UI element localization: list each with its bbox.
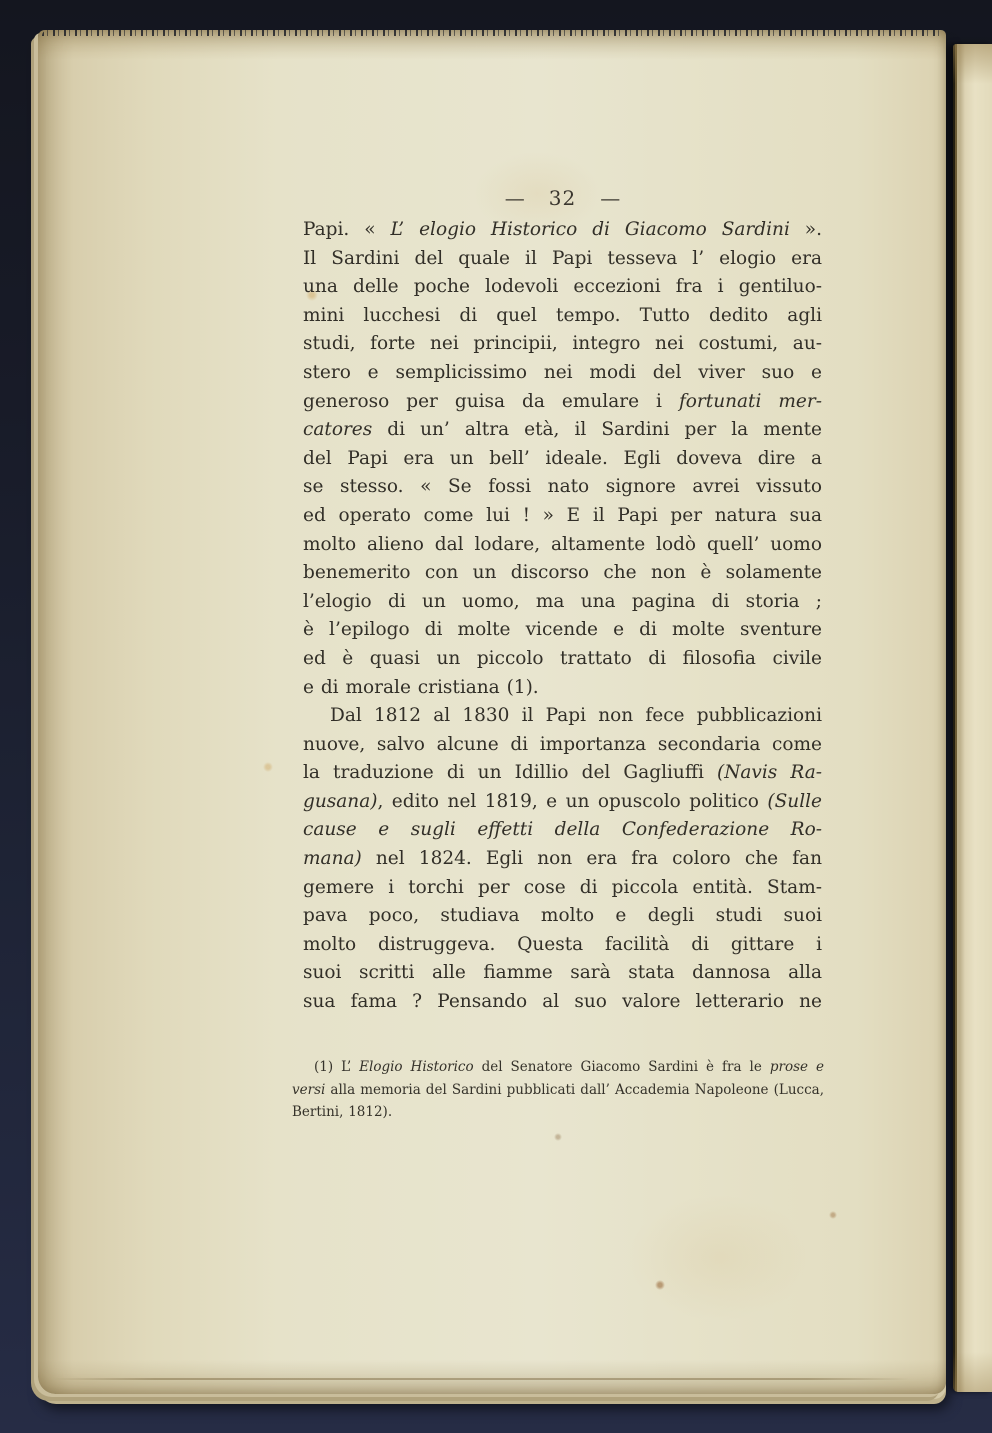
text-segment: è l’epilogo di molte vicende e di molte … — [303, 619, 822, 640]
scan-background: { "colors": { "bg-top": "#14161f", "bg-b… — [0, 0, 992, 1433]
text-segment: alla memoria del Sardini pubblicati dall… — [325, 1082, 824, 1098]
text-line: ed operato come lui ! » E il Papi per na… — [303, 502, 822, 531]
text-segment: ed operato come lui ! » E il Papi per na… — [303, 505, 822, 526]
text-line: stero e semplicissimo nei modi del viver… — [303, 359, 822, 388]
text-line: gusana), edito nel 1819, e un opuscolo p… — [303, 788, 822, 817]
text-segment-italic: (Sulle — [767, 791, 822, 812]
page-number: — 32 — — [303, 186, 822, 210]
text-segment: nuove, salvo alcune di importanza second… — [303, 734, 822, 755]
text-line: una delle poche lodevoli eccezioni fra i… — [303, 273, 822, 302]
text-segment: benemerito con un discorso che non è sol… — [303, 562, 822, 583]
text-segment: ». — [790, 219, 822, 240]
text-line: e di morale cristiana (1). — [303, 674, 822, 703]
text-line: catores di un’ altra età, il Sardini per… — [303, 416, 822, 445]
page-number-dash-right: — — [600, 186, 620, 210]
text-line: Il Sardini del quale il Papi tesseva l’ … — [303, 245, 822, 274]
text-segment: suoi scritti alle fiamme sarà stata dann… — [303, 962, 822, 983]
text-segment: e di morale cristiana (1). — [303, 677, 539, 698]
text-segment: stero e semplicissimo nei modi del viver… — [303, 362, 822, 383]
text-segment-italic: fortunati mer- — [679, 391, 822, 412]
text-segment: Dal 1812 al 1830 il Papi non fece pubbli… — [330, 705, 822, 726]
text-line: gemere i torchi per cose di piccola enti… — [303, 874, 822, 903]
text-line: pava poco, studiava molto e degli studi … — [303, 902, 822, 931]
page-text-column: — 32 — Papi. « L’ elogio Historico di Gi… — [303, 186, 822, 1017]
text-line: nuove, salvo alcune di importanza second… — [303, 731, 822, 760]
text-segment: generoso per guisa da emulare i — [303, 391, 679, 412]
text-segment: Bertini, 1812). — [292, 1104, 392, 1120]
next-page-edge — [953, 44, 992, 1392]
text-line: la traduzione di un Idillio del Gagliuff… — [303, 759, 822, 788]
text-segment-italic: cause e sugli effetti della Confederazio… — [303, 819, 822, 840]
text-segment-italic: mana) — [303, 848, 362, 869]
page-deckle-edge — [42, 30, 942, 36]
text-line: molto distruggeva. Questa facilità di gi… — [303, 931, 822, 960]
text-segment: , edito nel 1819, e un opuscolo politico — [377, 791, 767, 812]
text-segment-italic: prose e — [770, 1059, 824, 1075]
text-segment: molto alieno dal lodare, altamente lodò … — [303, 534, 822, 555]
text-segment: una delle poche lodevoli eccezioni fra i… — [303, 276, 822, 297]
text-segment-italic: (Navis Ra- — [717, 762, 822, 783]
text-segment: Il Sardini del quale il Papi tesseva l’ … — [303, 248, 822, 269]
text-segment: molto distruggeva. Questa facilità di gi… — [303, 934, 822, 955]
text-line: se stesso. « Se fossi nato signore avrei… — [303, 473, 822, 502]
book-page: — 32 — Papi. « L’ elogio Historico di Gi… — [38, 30, 946, 1394]
text-line: cause e sugli effetti della Confederazio… — [303, 816, 822, 845]
text-line: studi, forte nei principii, integro nei … — [303, 330, 822, 359]
text-line: ed è quasi un piccolo trattato di filoso… — [303, 645, 822, 674]
text-line: molto alieno dal lodare, altamente lodò … — [303, 531, 822, 560]
text-segment: pava poco, studiava molto e degli studi … — [303, 905, 822, 926]
text-line: suoi scritti alle fiamme sarà stata dann… — [303, 959, 822, 988]
text-line: Dal 1812 al 1830 il Papi non fece pubbli… — [303, 702, 822, 731]
text-line: mini lucchesi di quel tempo. Tutto dedit… — [303, 302, 822, 331]
text-segment: mini lucchesi di quel tempo. Tutto dedit… — [303, 305, 822, 326]
text-segment: sua fama ? Pensando al suo valore letter… — [303, 991, 822, 1012]
text-line: sua fama ? Pensando al suo valore letter… — [303, 988, 822, 1017]
text-segment: la traduzione di un Idillio del Gagliuff… — [303, 762, 717, 783]
page-number-dash-left: — — [505, 186, 525, 210]
page-bottom-crease — [52, 1378, 910, 1380]
text-line: generoso per guisa da emulare i fortunat… — [303, 388, 822, 417]
text-line: benemerito con un discorso che non è sol… — [303, 559, 822, 588]
text-line: Papi. « L’ elogio Historico di Giacomo S… — [303, 216, 822, 245]
text-segment: del Papi era un bell’ ideale. Egli dovev… — [303, 448, 822, 469]
text-segment: ed è quasi un piccolo trattato di filoso… — [303, 648, 822, 669]
text-line: versi alla memoria del Sardini pubblicat… — [292, 1079, 824, 1102]
text-line: del Papi era un bell’ ideale. Egli dovev… — [303, 445, 822, 474]
body-text: Papi. « L’ elogio Historico di Giacomo S… — [303, 216, 822, 1017]
text-line: (1) L’ Elogio Historico del Senatore Gia… — [292, 1056, 824, 1079]
text-segment: di un’ altra età, il Sardini per la ment… — [372, 419, 822, 440]
text-segment: gemere i torchi per cose di piccola enti… — [303, 877, 822, 898]
text-segment: se stesso. « Se fossi nato signore avrei… — [303, 476, 822, 497]
text-line: mana) nel 1824. Egli non era fra coloro … — [303, 845, 822, 874]
text-segment: studi, forte nei principii, integro nei … — [303, 333, 822, 354]
text-line: Bertini, 1812). — [292, 1101, 824, 1124]
text-line: è l’epilogo di molte vicende e di molte … — [303, 616, 822, 645]
text-segment: (1) L’ — [314, 1059, 359, 1075]
text-segment-italic: versi — [292, 1082, 325, 1098]
text-segment-italic: gusana) — [303, 791, 377, 812]
text-segment-italic: Elogio Historico — [359, 1059, 473, 1075]
page-number-value: 32 — [549, 186, 576, 210]
text-segment-italic: catores — [303, 419, 372, 440]
text-segment: del Senatore Giacomo Sardini è fra le — [474, 1059, 770, 1075]
text-segment: Papi. « — [303, 219, 390, 240]
text-line: l’elogio di un uomo, ma una pagina di st… — [303, 588, 822, 617]
footnote: (1) L’ Elogio Historico del Senatore Gia… — [292, 1056, 824, 1124]
text-segment-italic: L’ elogio Historico di Giacomo Sardini — [390, 219, 789, 240]
text-segment: l’elogio di un uomo, ma una pagina di st… — [303, 591, 822, 612]
text-segment: nel 1824. Egli non era fra coloro che fa… — [362, 848, 822, 869]
